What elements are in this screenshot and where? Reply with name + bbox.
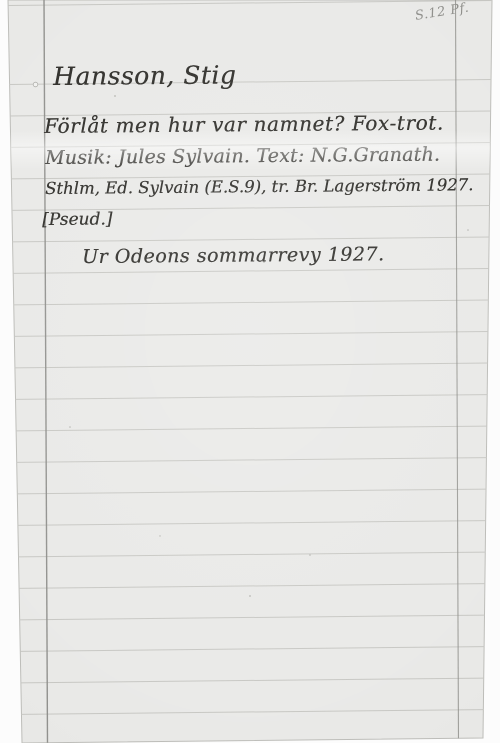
scanned-catalog-card: S.12 Pf. Hansson, Stig Förlåt men hur va… [0,0,500,743]
imprint-line: Sthlm, Ed. Sylvain (E.S.9), tr. Br. Lage… [45,177,473,197]
pseudonym-note: [Pseud.] [42,211,112,229]
music-text-credits-line: Musik: Jules Sylvain. Text: N.G.Granath. [45,146,440,168]
work-title-line: Förlåt men hur var namnet? Fox-trot. [44,113,444,136]
punch-hole-dot [33,82,38,87]
source-revue-line: Ur Odeons sommarrevy 1927. [82,245,385,267]
author-heading: Hansson, Stig [53,62,236,89]
